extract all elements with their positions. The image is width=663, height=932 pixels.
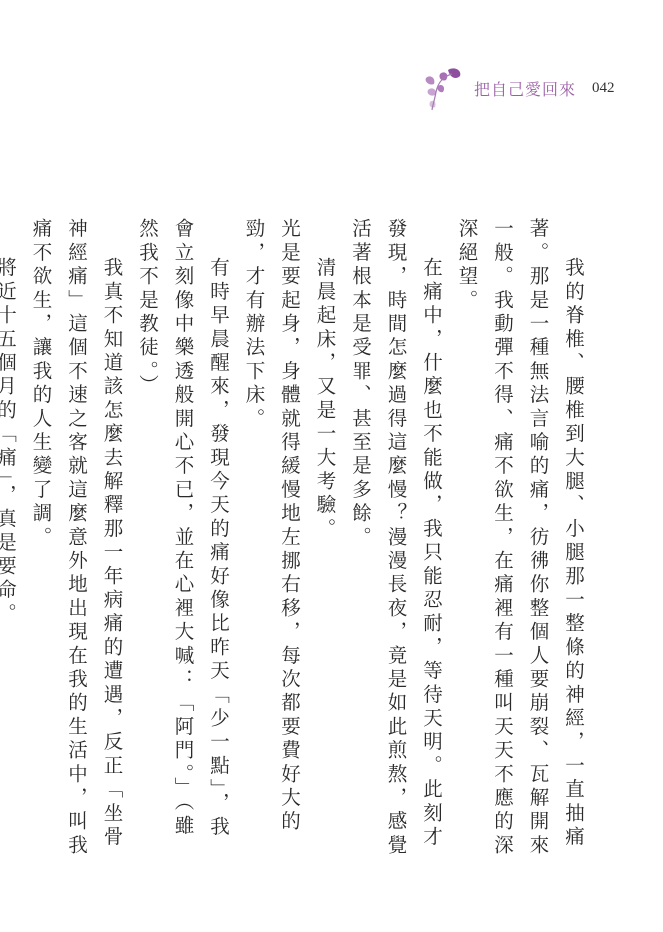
book-title: 把自己愛回來 [474,77,576,100]
paragraph: 光是要起身，身體就得緩慢地左挪右移，每次都要費好大的勁，才有辦法下床。 [236,218,307,858]
page-number: 042 [592,80,615,97]
paragraph: 清晨起床，又是一大考驗。 [307,218,343,858]
page-header: 把自己愛回來 042 [418,68,615,108]
paragraph: 我的脊椎、腰椎到大腿、小腿那一整條的神經，一直抽痛著。那是一種無法言喻的痛，彷彿… [449,218,591,858]
paragraph: 將近十五個月的「痛」，真是要命。 [0,218,23,858]
paragraph: 有時早晨醒來，發現今天的痛好像比昨天「少一點」，我會立刻像中樂透般開心不已，並在… [130,218,237,858]
purple-leaf-vine-icon [418,64,462,112]
paragraph: 在痛中，什麼也不能做，我只能忍耐，等待天明。此刻才發現，時間怎麼過得這麼慢？漫漫… [343,218,450,858]
body-text: 我的脊椎、腰椎到大腿、小腿那一整條的神經，一直抽痛著。那是一種無法言喻的痛，彷彿… [61,218,591,858]
paragraph: 我真不知道該怎麼去解釋那一年病痛的遭遇，反正「坐骨神經痛」這個不速之客就這麼意外… [23,218,130,858]
